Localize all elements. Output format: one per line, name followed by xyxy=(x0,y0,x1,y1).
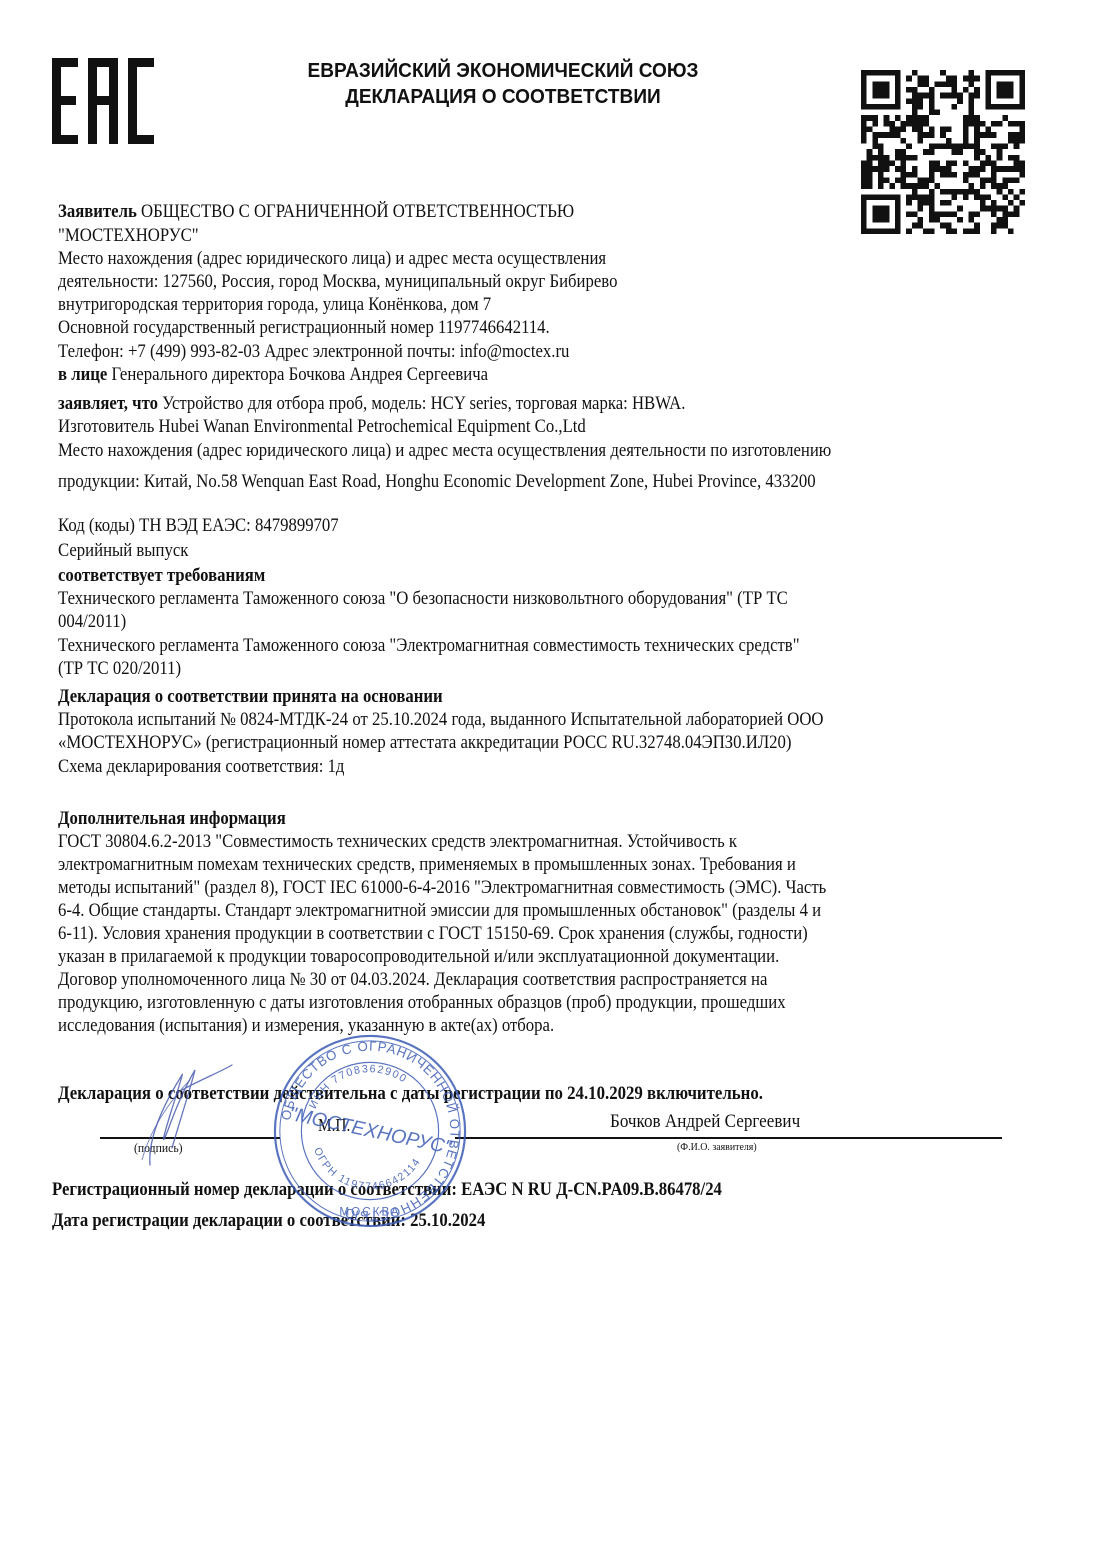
regulation-2-line-1: Технического регламента Таможенного союз… xyxy=(58,635,800,657)
qr-code-icon xyxy=(860,70,1026,234)
additional-line: ГОСТ 30804.6.2-2013 "Совместимость техни… xyxy=(58,831,737,853)
applicant-represented: в лице Генерального директора Бочкова Ан… xyxy=(58,364,488,386)
applicant-address-3: внутригородская территория города, улица… xyxy=(58,294,491,316)
eac-logo-icon xyxy=(52,58,154,144)
additional-line: Договор уполномоченного лица № 30 от 04.… xyxy=(58,969,767,991)
additional-line: электромагнитным помехам технических сре… xyxy=(58,854,796,876)
applicant-line: Заявитель ОБЩЕСТВО С ОГРАНИЧЕННОЙ ОТВЕТС… xyxy=(58,201,574,223)
manufacturer-address-2: продукции: Китай, No.58 Wenquan East Roa… xyxy=(58,471,816,493)
additional-heading: Дополнительная информация xyxy=(58,808,286,830)
applicant-contacts: Телефон: +7 (499) 993-82-03 Адрес электр… xyxy=(58,341,569,363)
applicant-name-2: "МОСТЕХНОРУС" xyxy=(58,225,199,247)
declares-label: заявляет, что xyxy=(58,393,158,414)
signature-caption: (подпись) xyxy=(134,1140,183,1156)
document-title: ЕВРАЗИЙСКИЙ ЭКОНОМИЧЕСКИЙ СОЮЗ ДЕКЛАРАЦИ… xyxy=(249,58,757,110)
additional-line: 6-11). Условия хранения продукции в соот… xyxy=(58,923,808,945)
signature-line xyxy=(100,1137,280,1139)
stamp-center-text: "МОСТЕХНОРУС" xyxy=(287,1103,454,1159)
registration-number: Регистрационный номер декларации о соотв… xyxy=(52,1179,722,1201)
basis-line-1: Протокола испытаний № 0824-МТДК-24 от 25… xyxy=(58,709,824,731)
name-caption: (Ф.И.О. заявителя) xyxy=(677,1141,757,1153)
requirements-heading: соответствует требованиям xyxy=(58,565,265,587)
tn-ved-code: Код (коды) ТН ВЭД ЕАЭС: 8479899707 xyxy=(58,515,339,537)
additional-line: продукцию, изготовленную с даты изготовл… xyxy=(58,992,786,1014)
declaration-scheme: Схема декларирования соответствия: 1д xyxy=(58,756,344,778)
product-line: заявляет, что Устройство для отбора проб… xyxy=(58,393,685,415)
additional-line: исследования (испытания) и измерения, ук… xyxy=(58,1015,554,1037)
applicant-address-2: деятельности: 127560, Россия, город Моск… xyxy=(58,271,617,293)
product-description: Устройство для отбора проб, модель: HCY … xyxy=(158,393,685,414)
applicant-ogrn: Основной государственный регистрационный… xyxy=(58,317,550,339)
regulation-2-line-2: (ТР ТС 020/2011) xyxy=(58,658,181,680)
basis-heading: Декларация о соответствии принята на осн… xyxy=(58,686,443,708)
regulation-1-line-2: 004/2011) xyxy=(58,611,126,633)
title-declaration: ДЕКЛАРАЦИЯ О СООТВЕТСТВИИ xyxy=(249,84,757,110)
additional-line: методы испытаний" (раздел 8), ГОСТ IEC 6… xyxy=(58,877,826,899)
validity-statement: Декларация о соответствии действительна … xyxy=(58,1083,763,1105)
registration-date: Дата регистрации декларации о соответств… xyxy=(52,1210,485,1232)
additional-line: 6-4. Общие стандарты. Стандарт электрома… xyxy=(58,900,821,922)
manufacturer-address-1: Место нахождения (адрес юридического лиц… xyxy=(58,440,831,462)
production-type: Серийный выпуск xyxy=(58,540,188,562)
signer-name: Бочков Андрей Сергеевич xyxy=(610,1111,800,1133)
applicant-label: Заявитель xyxy=(58,201,137,222)
applicant-name: ОБЩЕСТВО С ОГРАНИЧЕННОЙ ОТВЕТСТВЕННОСТЬЮ xyxy=(137,201,574,222)
name-line xyxy=(455,1137,1002,1139)
basis-line-2: «МОСТЕХНОРУС» (регистрационный номер атт… xyxy=(58,732,791,754)
manufacturer: Изготовитель Hubei Wanan Environmental P… xyxy=(58,416,586,438)
title-union: ЕВРАЗИЙСКИЙ ЭКОНОМИЧЕСКИЙ СОЮЗ xyxy=(249,58,757,84)
regulation-1-line-1: Технического регламента Таможенного союз… xyxy=(58,588,788,610)
stamp-place-label: М.П. xyxy=(318,1115,350,1136)
applicant-address-1: Место нахождения (адрес юридического лиц… xyxy=(58,248,606,270)
represented-label: в лице xyxy=(58,364,107,385)
represented-by: Генерального директора Бочкова Андрея Се… xyxy=(107,364,488,385)
additional-line: указан в прилагаемой к продукции товарос… xyxy=(58,946,779,968)
